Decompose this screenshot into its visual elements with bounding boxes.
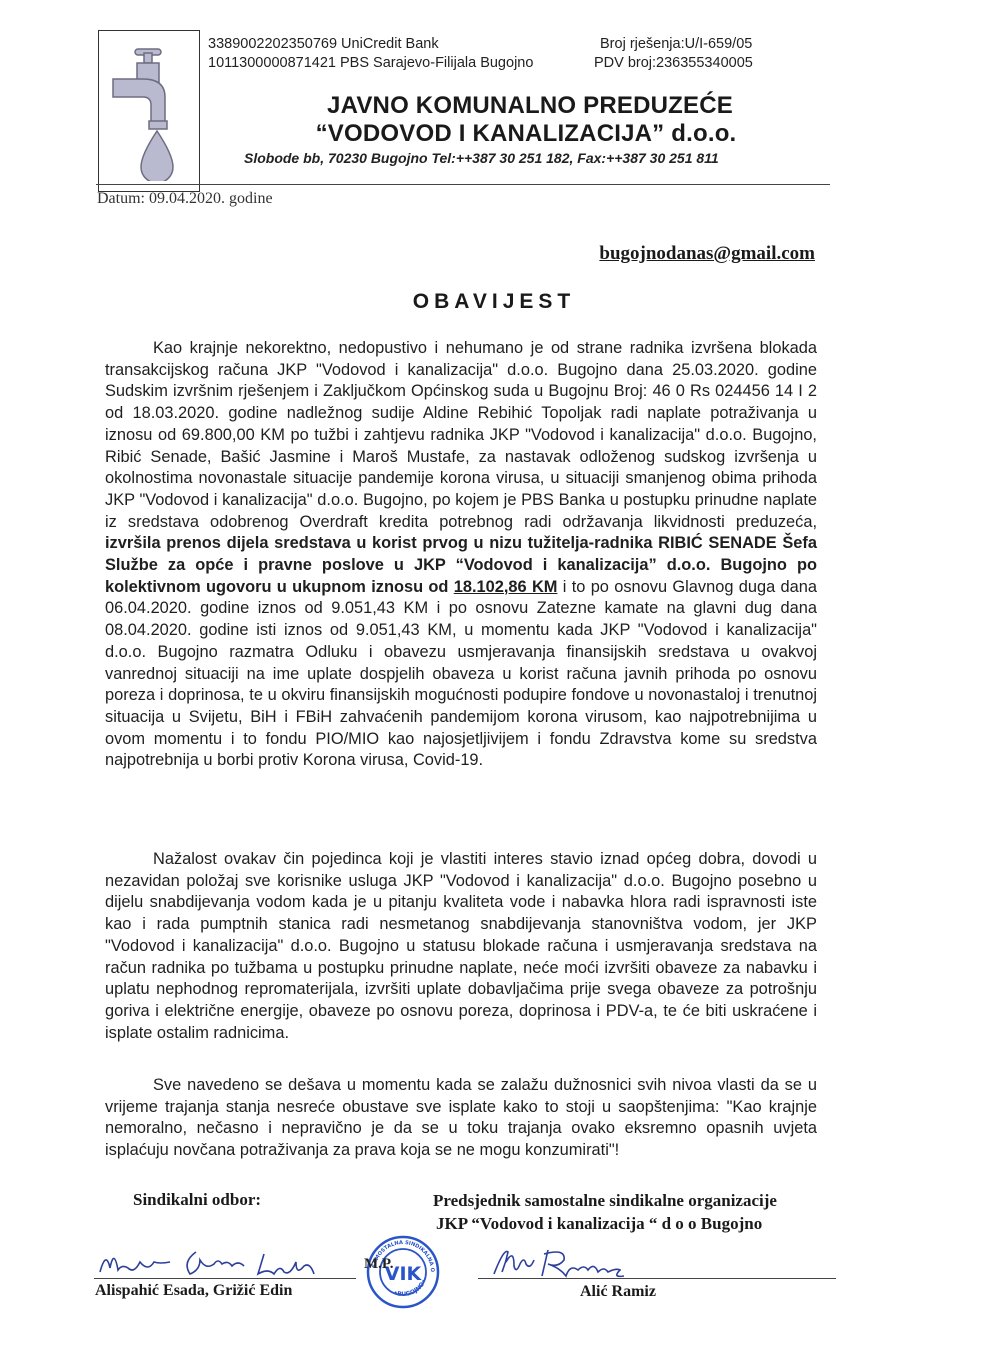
bank-account-unicredit: 3389002202350769 UniCredit Bank [208,36,439,52]
paragraph-2-text: Nažalost ovakav čin pojedinca koji je vl… [105,849,817,1044]
company-name-line1: JAVNO KOMUNALNO PREDUZEĆE [230,92,830,120]
paragraph-3: Sve navedeno se dešava u momentu kada se… [105,1075,817,1162]
bank-account-pbs: 1011300000871421 PBS Sarajevo-Filijala B… [208,55,533,71]
president-title-line2: JKP “Vodovod i kanalizacija “ d o o Bugo… [436,1214,762,1234]
water-tap-icon [107,39,191,181]
company-logo [98,30,200,192]
signature-line-right [478,1278,836,1279]
signature-left [96,1244,366,1280]
company-name-line2: “VODOVOD I KANALIZACIJA” d.o.o. [226,120,826,148]
president-name: Alić Ramiz [580,1283,656,1301]
union-board-names: Alispahić Esada, Grižić Edin [95,1282,292,1300]
header-divider [96,184,830,185]
paragraph-1-intro: Kao krajnje nekorektno, nedopustivo i ne… [105,339,817,531]
vat-number: PDV broj:236355340005 [594,55,753,71]
total-amount: 18.102,86 KM [454,578,558,596]
decision-number: Broj rješenja:U/I-659/05 [600,36,752,52]
president-title-line1: Predsjednik samostalne sindikalne organi… [433,1191,777,1211]
paragraph-3-text: Sve navedeno se dešava u momentu kada se… [105,1075,817,1162]
signature-right [488,1244,668,1280]
paragraph-1-rest: i to po osnovu Glavnog duga dana 06.04.2… [105,578,817,770]
union-board-label: Sindikalni odbor: [133,1190,261,1210]
paragraph-2: Nažalost ovakav čin pojedinca koji je vl… [105,849,817,1044]
stamp-mp-label: M.P. [364,1256,393,1273]
document-title: OBAVIJEST [0,290,988,314]
paragraph-1: Kao krajnje nekorektno, nedopustivo i ne… [105,338,817,772]
document-date: Datum: 09.04.2020. godine [97,190,273,208]
document-page: 3389002202350769 UniCredit Bank 10113000… [0,0,988,1366]
signature-line-left [94,1278,356,1279]
company-address: Slobode bb, 70230 Bugojno Tel:++387 30 2… [244,150,719,166]
recipient-email[interactable]: bugojnodanas@gmail.com [599,243,815,265]
